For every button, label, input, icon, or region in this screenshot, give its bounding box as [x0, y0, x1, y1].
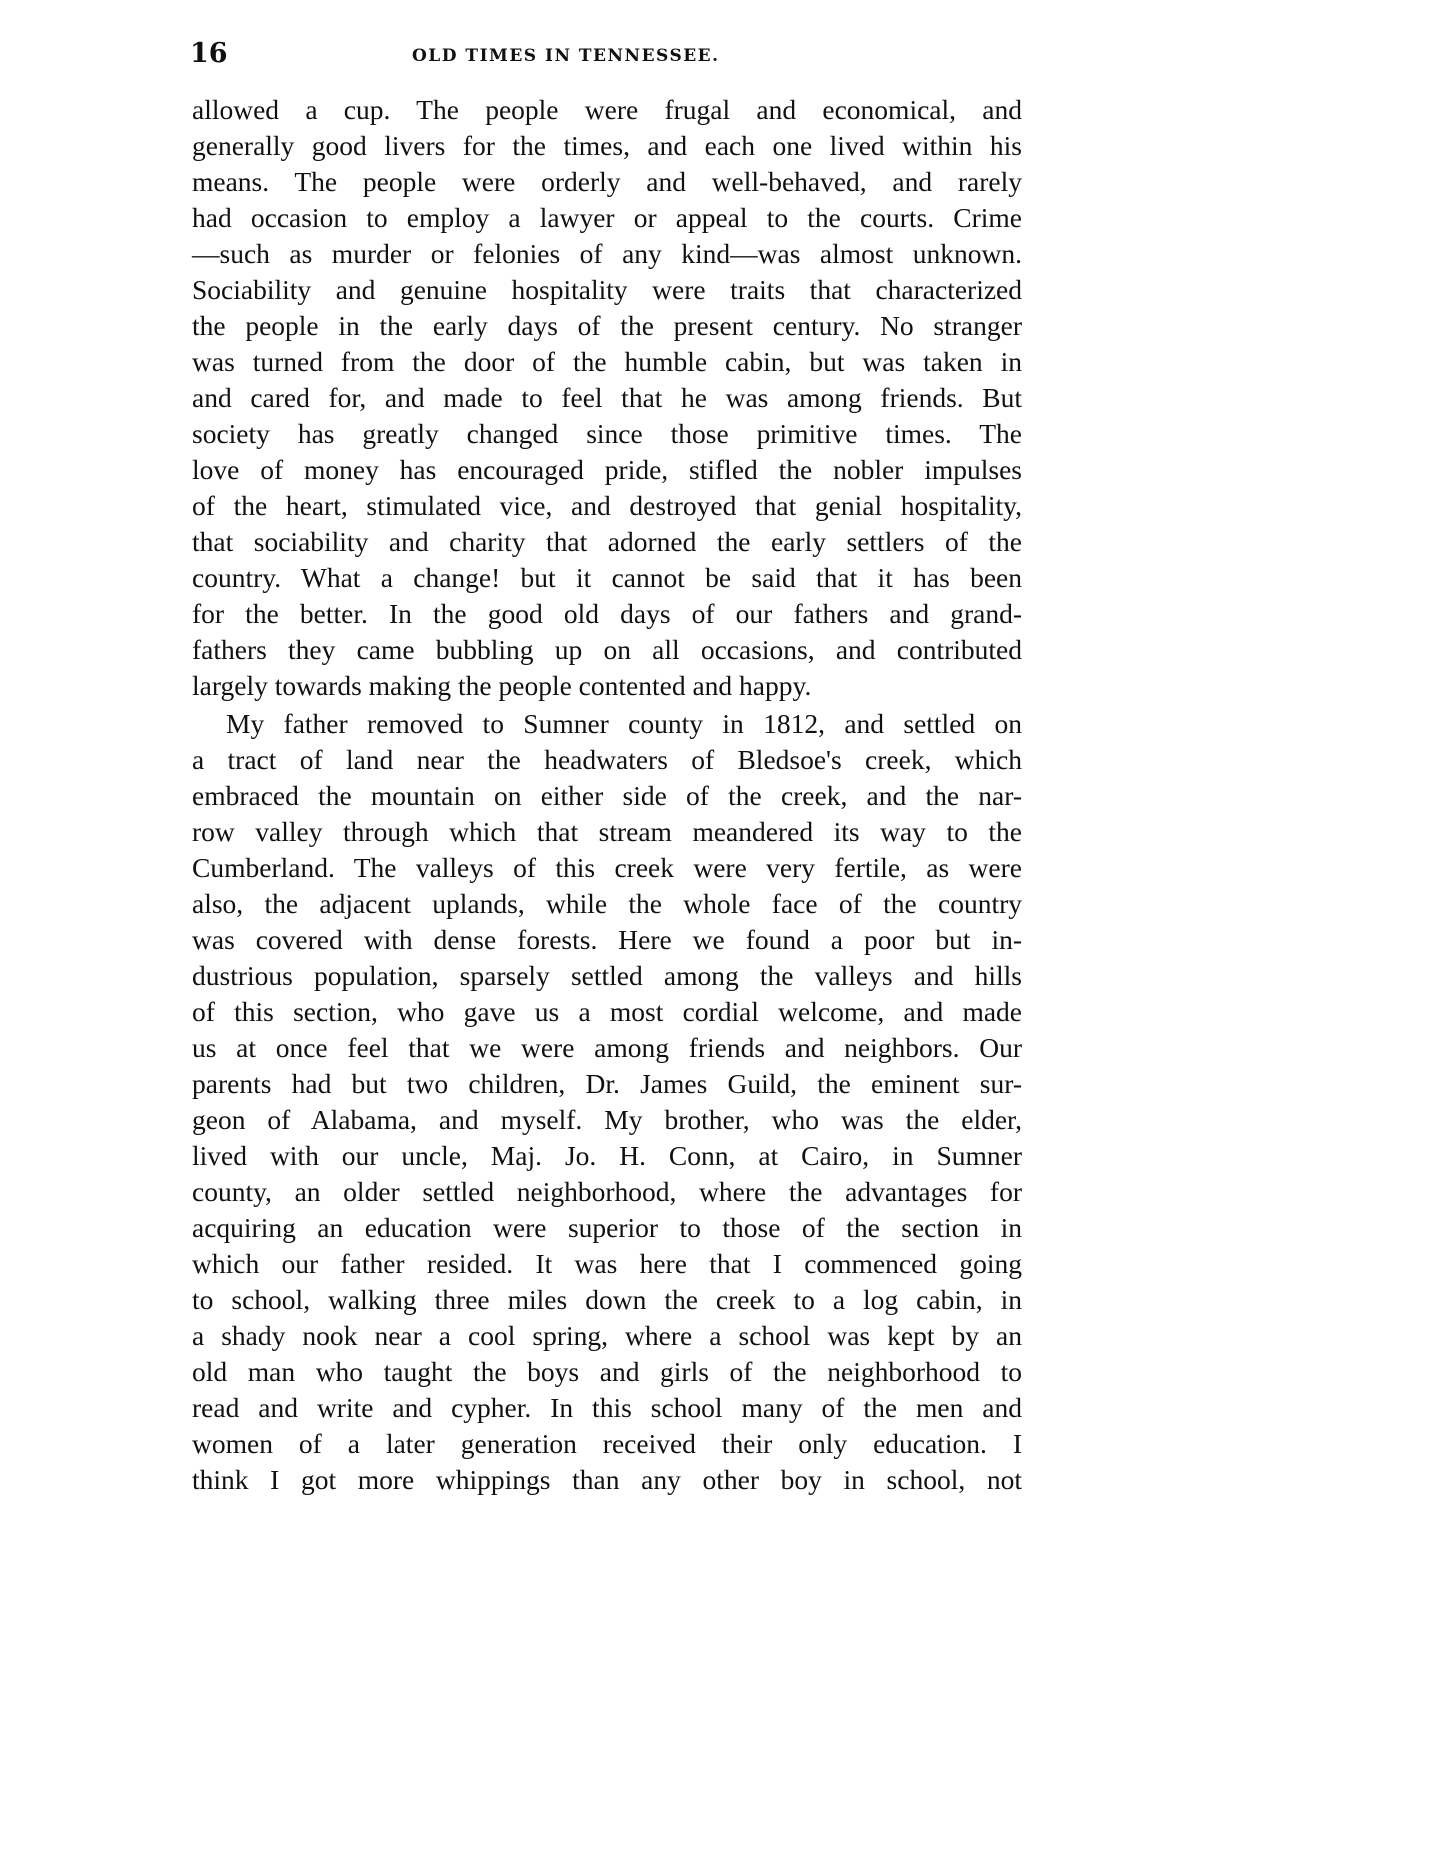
text-line: for the better. In the good old days of …: [192, 596, 1022, 632]
text-line: which our father resided. It was here th…: [192, 1246, 1022, 1282]
text-line: of the heart, stimulated vice, and destr…: [192, 488, 1022, 524]
text-line: generally good livers for the times, and…: [192, 128, 1022, 164]
text-line: geon of Alabama, and myself. My brother,…: [192, 1102, 1022, 1138]
text-line: love of money has encouraged pride, stif…: [192, 452, 1022, 488]
book-title: OLD TIMES IN TENNESSEE.: [412, 46, 720, 66]
text-line: a tract of land near the headwaters of B…: [192, 742, 1022, 778]
text-line: lived with our uncle, Maj. Jo. H. Conn, …: [192, 1138, 1022, 1174]
text-line: means. The people were orderly and well-…: [192, 164, 1022, 200]
text-line: a shady nook near a cool spring, where a…: [192, 1318, 1022, 1354]
text-line: acquiring an education were superior to …: [192, 1210, 1022, 1246]
text-line: largely towards making the people conten…: [192, 668, 1022, 704]
text-line: county, an older settled neighborhood, w…: [192, 1174, 1022, 1210]
text-line: old man who taught the boys and girls of…: [192, 1354, 1022, 1390]
text-line: row valley through which that stream mea…: [192, 814, 1022, 850]
text-line: was covered with dense forests. Here we …: [192, 922, 1022, 958]
text-line: My father removed to Sumner county in 18…: [192, 706, 1022, 742]
text-line: had occasion to employ a lawyer or appea…: [192, 200, 1022, 236]
text-line: to school, walking three miles down the …: [192, 1282, 1022, 1318]
paragraph-2: My father removed to Sumner county in 18…: [192, 706, 1022, 1498]
text-line: Sociability and genuine hospitality were…: [192, 272, 1022, 308]
page-number: 16: [190, 38, 228, 69]
text-line: of this section, who gave us a most cord…: [192, 994, 1022, 1030]
text-line: read and write and cypher. In this schoo…: [192, 1390, 1022, 1426]
text-line: the people in the early days of the pres…: [192, 308, 1022, 344]
text-line: parents had but two children, Dr. James …: [192, 1066, 1022, 1102]
text-line: women of a later generation received the…: [192, 1426, 1022, 1462]
text-line: society has greatly changed since those …: [192, 416, 1022, 452]
text-line: think I got more whippings than any othe…: [192, 1462, 1022, 1498]
text-line: —such as murder or felonies of any kind—…: [192, 236, 1022, 272]
text-line: country. What a change! but it cannot be…: [192, 560, 1022, 596]
running-header: 16 OLD TIMES IN TENNESSEE.: [190, 34, 1032, 74]
text-line: us at once feel that we were among frien…: [192, 1030, 1022, 1066]
text-line: embraced the mountain on either side of …: [192, 778, 1022, 814]
text-line: and cared for, and made to feel that he …: [192, 380, 1022, 416]
text-line: that sociability and charity that adorne…: [192, 524, 1022, 560]
body-text: allowed a cup. The people were frugal an…: [192, 92, 1022, 1498]
text-line: Cumberland. The valleys of this creek we…: [192, 850, 1022, 886]
text-line: dustrious population, sparsely settled a…: [192, 958, 1022, 994]
text-line: was turned from the door of the humble c…: [192, 344, 1022, 380]
text-line: allowed a cup. The people were frugal an…: [192, 92, 1022, 128]
paragraph-1: allowed a cup. The people were frugal an…: [192, 92, 1022, 704]
text-line: fathers they came bubbling up on all occ…: [192, 632, 1022, 668]
book-page: 16 OLD TIMES IN TENNESSEE. allowed a cup…: [0, 0, 1445, 1869]
text-line: also, the adjacent uplands, while the wh…: [192, 886, 1022, 922]
